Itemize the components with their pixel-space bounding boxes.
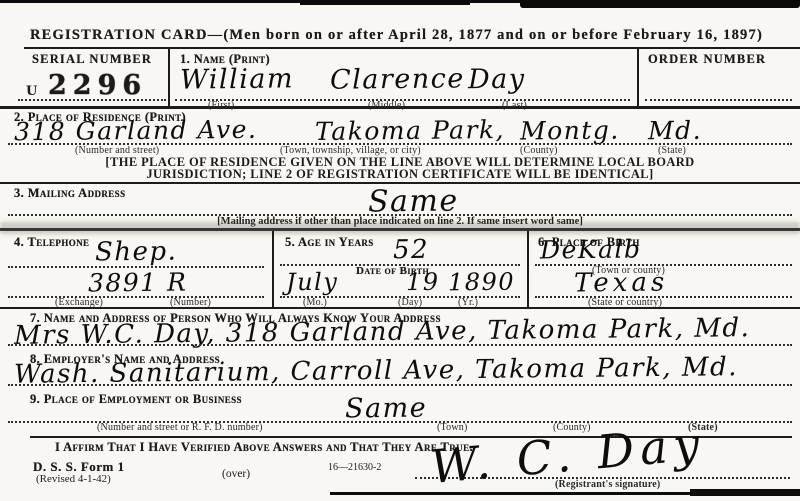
scan-artifact-bottom-right — [690, 489, 800, 496]
over-note: (over) — [222, 468, 250, 480]
residence-street-value: 318 Garland Ave. — [14, 115, 258, 147]
dob-sub-month: (Mo.) — [303, 297, 327, 308]
name-sub-first: (First) — [208, 100, 234, 111]
order-dotted-line — [645, 99, 792, 101]
divider-serial-name — [168, 47, 170, 107]
card-title: REGISTRATION CARD—(Men born on or after … — [30, 27, 763, 44]
name-first-value: William — [180, 63, 294, 95]
registration-card-scan: REGISTRATION CARD—(Men born on or after … — [0, 0, 800, 501]
serial-prefix: U — [26, 84, 37, 99]
scan-artifact-top-mid — [300, 0, 470, 5]
birthplace-town-value: DeKalb — [540, 234, 642, 264]
mailing-label: 3. Mailing Address — [14, 186, 125, 201]
form-revision: (Revised 4-1-42) — [36, 473, 111, 485]
residence-state-value: Md. — [648, 116, 702, 146]
dob-sub-day: (Day) — [398, 297, 422, 308]
divider-header — [24, 47, 800, 49]
birthplace-state-value: Texas — [574, 268, 669, 299]
name-sub-last: (Last) — [502, 100, 527, 111]
telephone-label: 4. Telephone — [14, 235, 89, 250]
divider-name-order — [637, 47, 639, 107]
contact-dotted-line — [8, 344, 792, 346]
dob-year-value: 1890 — [448, 268, 515, 297]
name-middle-value: Clarence — [330, 63, 465, 95]
print-code: 16—21630-2 — [328, 462, 381, 473]
signature-sub-label: (Registrant's signature) — [555, 479, 660, 490]
dob-month-value: July — [286, 268, 339, 297]
age-label: 5. Age in Years — [285, 235, 374, 250]
telephone-number-value: 3891 R — [88, 267, 188, 297]
age-value: 52 — [393, 235, 429, 265]
divider-row3-bottom — [0, 228, 800, 231]
serial-number-label: SERIAL NUMBER — [32, 52, 152, 67]
birthplace-state-dotted-line — [535, 296, 792, 298]
residence-city-value: Takoma Park, — [315, 115, 505, 146]
employment-sub-street: (Number and street or R. F. D. number) — [97, 422, 263, 433]
dob-day-value: 19 — [406, 268, 440, 296]
employer-dotted-line — [8, 384, 792, 386]
employment-value: Same — [345, 393, 428, 425]
residence-county-value: Montg. — [520, 115, 620, 145]
name-last-value: Day — [468, 64, 526, 96]
order-number-label: ORDER NUMBER — [648, 52, 766, 67]
divider-telephone-age — [272, 231, 274, 308]
affirmation-text: I Affirm That I Have Verified Above Answ… — [55, 440, 473, 455]
telephone-sub-exchange: (Exchange) — [55, 297, 103, 308]
telephone-sub-number: (Number) — [170, 297, 211, 308]
birthplace-sub-state: (State or country) — [588, 297, 662, 308]
residence-note-line2: JURISDICTION; LINE 2 OF REGISTRATION CER… — [0, 167, 800, 182]
scan-artifact-top-right — [520, 0, 800, 8]
telephone-exchange-value: Shep. — [95, 237, 178, 268]
serial-number-value: 2296 — [48, 70, 147, 101]
name-sub-middle: (Middle) — [368, 100, 405, 111]
divider-age-birthplace — [527, 231, 529, 308]
dob-sub-year: (Yr.) — [458, 297, 478, 308]
telephone-number-dotted-line — [8, 296, 264, 298]
serial-dotted-line — [18, 99, 166, 101]
employment-sub-town: (Town) — [437, 422, 468, 433]
employment-label: 9. Place of Employment or Business — [30, 392, 242, 407]
